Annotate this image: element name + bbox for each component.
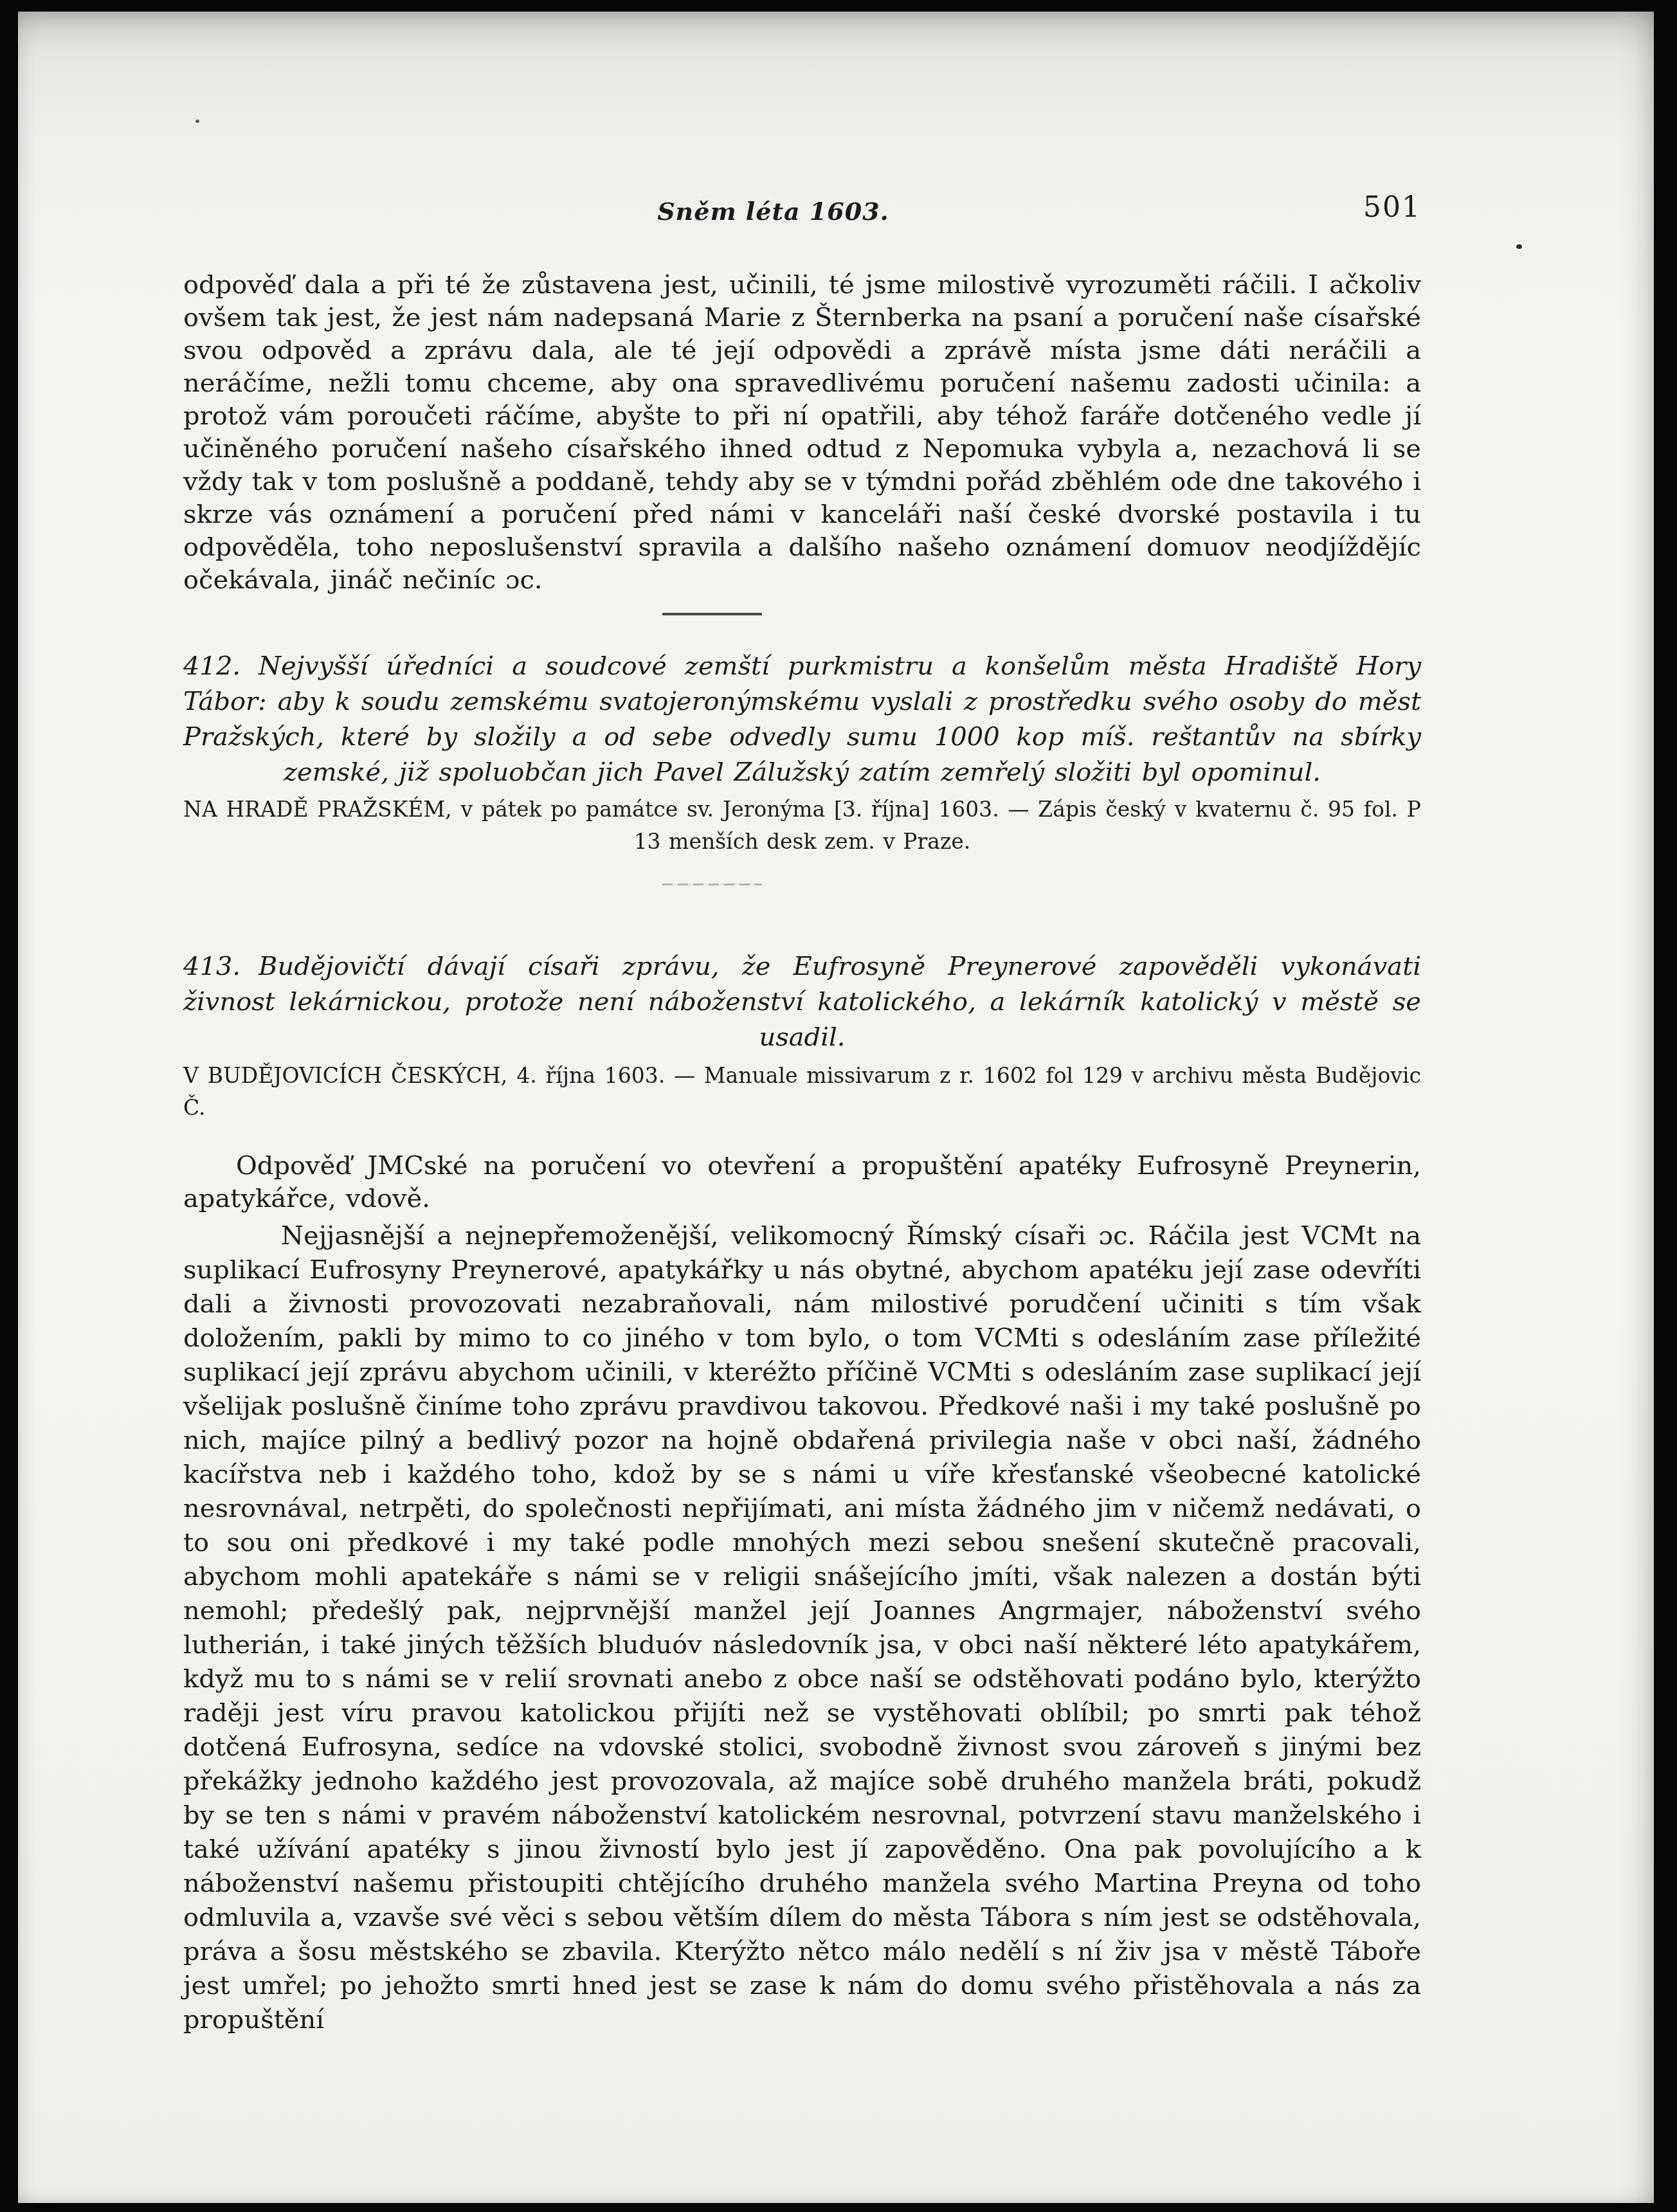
page-header: Sněm léta 1603. 501: [183, 195, 1421, 228]
entry-413-summary-text: Budějovičtí dávají císaři zprávu, že Euf…: [183, 952, 1421, 1052]
continuation-paragraph: odpověď dala a při té že zůstavena jest,…: [183, 269, 1421, 597]
entry-412-summary-text: Nejvyšší úředníci a soudcové zemští purk…: [183, 651, 1421, 787]
running-title: Sněm léta 1603.: [154, 195, 1392, 228]
section-divider-faint: [662, 884, 762, 885]
entry-413-number: 413.: [183, 952, 258, 981]
entry-413-source: V BUDĚJOVICÍCH ČESKÝCH, 4. října 1603. —…: [183, 1060, 1421, 1124]
entry-412-number: 412.: [183, 651, 258, 681]
ink-speck: [1516, 244, 1522, 249]
text-block: Sněm léta 1603. 501 odpověď dala a při t…: [183, 12, 1421, 2037]
entry-413-summary: 413.Budějovičtí dávají císaři zprávu, že…: [183, 949, 1421, 1055]
entry-413-body-paragraph: Nejjasnější a nejnepřemoženější, velikom…: [183, 1219, 1421, 2037]
entry-412-summary: 412.Nejvyšší úředníci a soudcové zemští …: [183, 649, 1421, 790]
paper-sheet: Sněm léta 1603. 501 odpověď dala a při t…: [18, 12, 1654, 2203]
page-number: 501: [1363, 191, 1421, 224]
section-divider: [662, 613, 762, 615]
entry-412-source: NA HRADĚ PRAŽSKÉM, v pátek po památce sv…: [183, 793, 1421, 858]
scanned-book-page: Sněm léta 1603. 501 odpověď dala a při t…: [0, 0, 1677, 2212]
entry-413-intro-paragraph: Odpověď JMCské na poručení vo otevření a…: [183, 1150, 1421, 1215]
